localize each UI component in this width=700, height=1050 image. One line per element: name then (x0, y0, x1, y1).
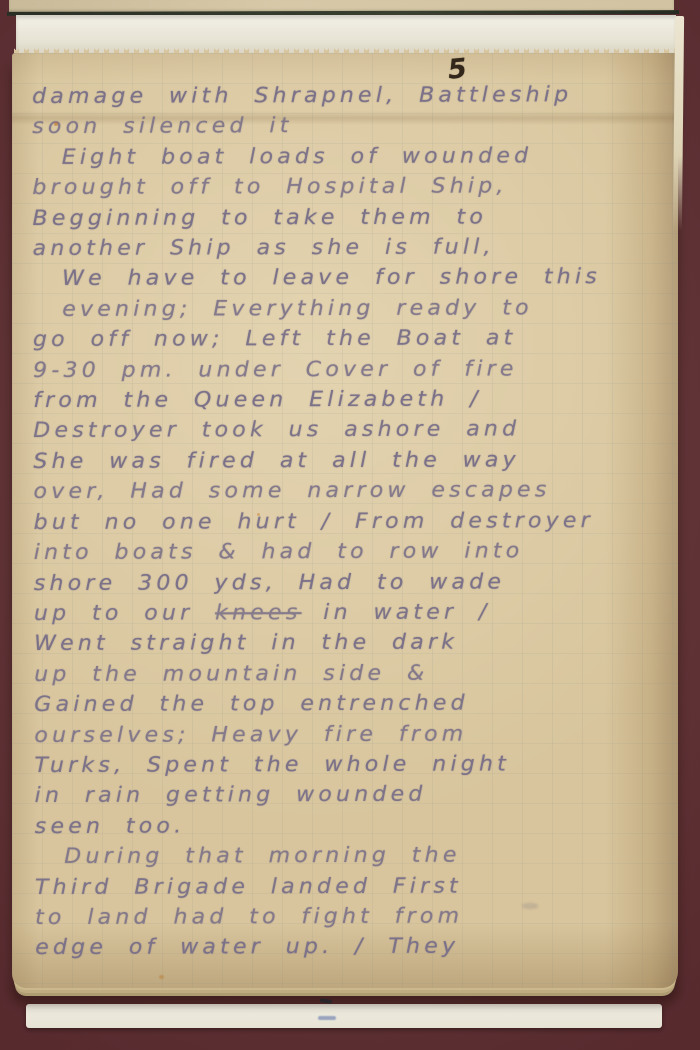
diary-line: edge of water up. / They (35, 930, 700, 963)
diary-line: ourselves; Heavy fire from (34, 717, 700, 750)
diary-page: 5 damage with Shrapnel, Battleship soon … (12, 53, 678, 988)
diary-line: seen too. (35, 809, 700, 842)
diary-line: damage with Shrapnel, Battleship (32, 79, 698, 112)
diary-line: to land had to fight from (35, 900, 700, 933)
diary-line: Destroyer took us ashore and (33, 413, 699, 446)
diary-line: Third Brigade landed First (35, 869, 700, 902)
diary-line: up to our knees in water / (34, 596, 700, 629)
diary-line: over, Had some narrow escapes (33, 474, 699, 507)
rust-stain (159, 975, 164, 979)
diary-line: Begginning to take them to (32, 200, 698, 233)
diary-line: but no one hurt / From destroyer (34, 504, 700, 537)
diary-line: evening; Everything ready to (33, 292, 699, 325)
diary-line: another Ship as she is full, (33, 231, 699, 264)
diary-line: Turks, Spent the whole night (34, 748, 700, 781)
diary-line: up the mountain side & (34, 657, 700, 690)
handwritten-text: damage with Shrapnel, Battleship soon si… (32, 79, 700, 963)
diary-line: She was fired at all the way (33, 444, 699, 477)
line-text: in water / (323, 599, 490, 624)
diary-line: into boats & had to row into (34, 535, 700, 568)
diary-line: go off now; Left the Boat at (33, 322, 699, 355)
struck-word: knees (215, 600, 301, 624)
ink-mark (320, 998, 332, 1004)
blue-ink-smudge (318, 1016, 336, 1020)
diary-line: in rain getting wounded (35, 778, 700, 811)
diary-line: brought off to Hospital Ship, (32, 170, 698, 203)
diary-line: from the Queen Elizabeth / (33, 383, 699, 416)
line-text: up to our (34, 600, 215, 625)
diary-line: Eight boat loads of wounded (32, 140, 698, 173)
notebook-photo: 5 damage with Shrapnel, Battleship soon … (0, 0, 700, 1050)
diary-line: Went straight in the dark (34, 626, 700, 659)
next-page-white-edge (26, 1004, 662, 1028)
diary-line: soon silenced it (32, 109, 698, 142)
diary-line: We have to leave for shore this (33, 261, 699, 294)
perforated-edge (14, 47, 676, 53)
diary-line: During that morning the (35, 839, 700, 872)
diary-line: Gained the top entrenched (34, 687, 700, 720)
diary-line: shore 300 yds, Had to wade (34, 565, 700, 598)
diary-line: 9-30 pm. under Cover of fire (33, 352, 699, 385)
